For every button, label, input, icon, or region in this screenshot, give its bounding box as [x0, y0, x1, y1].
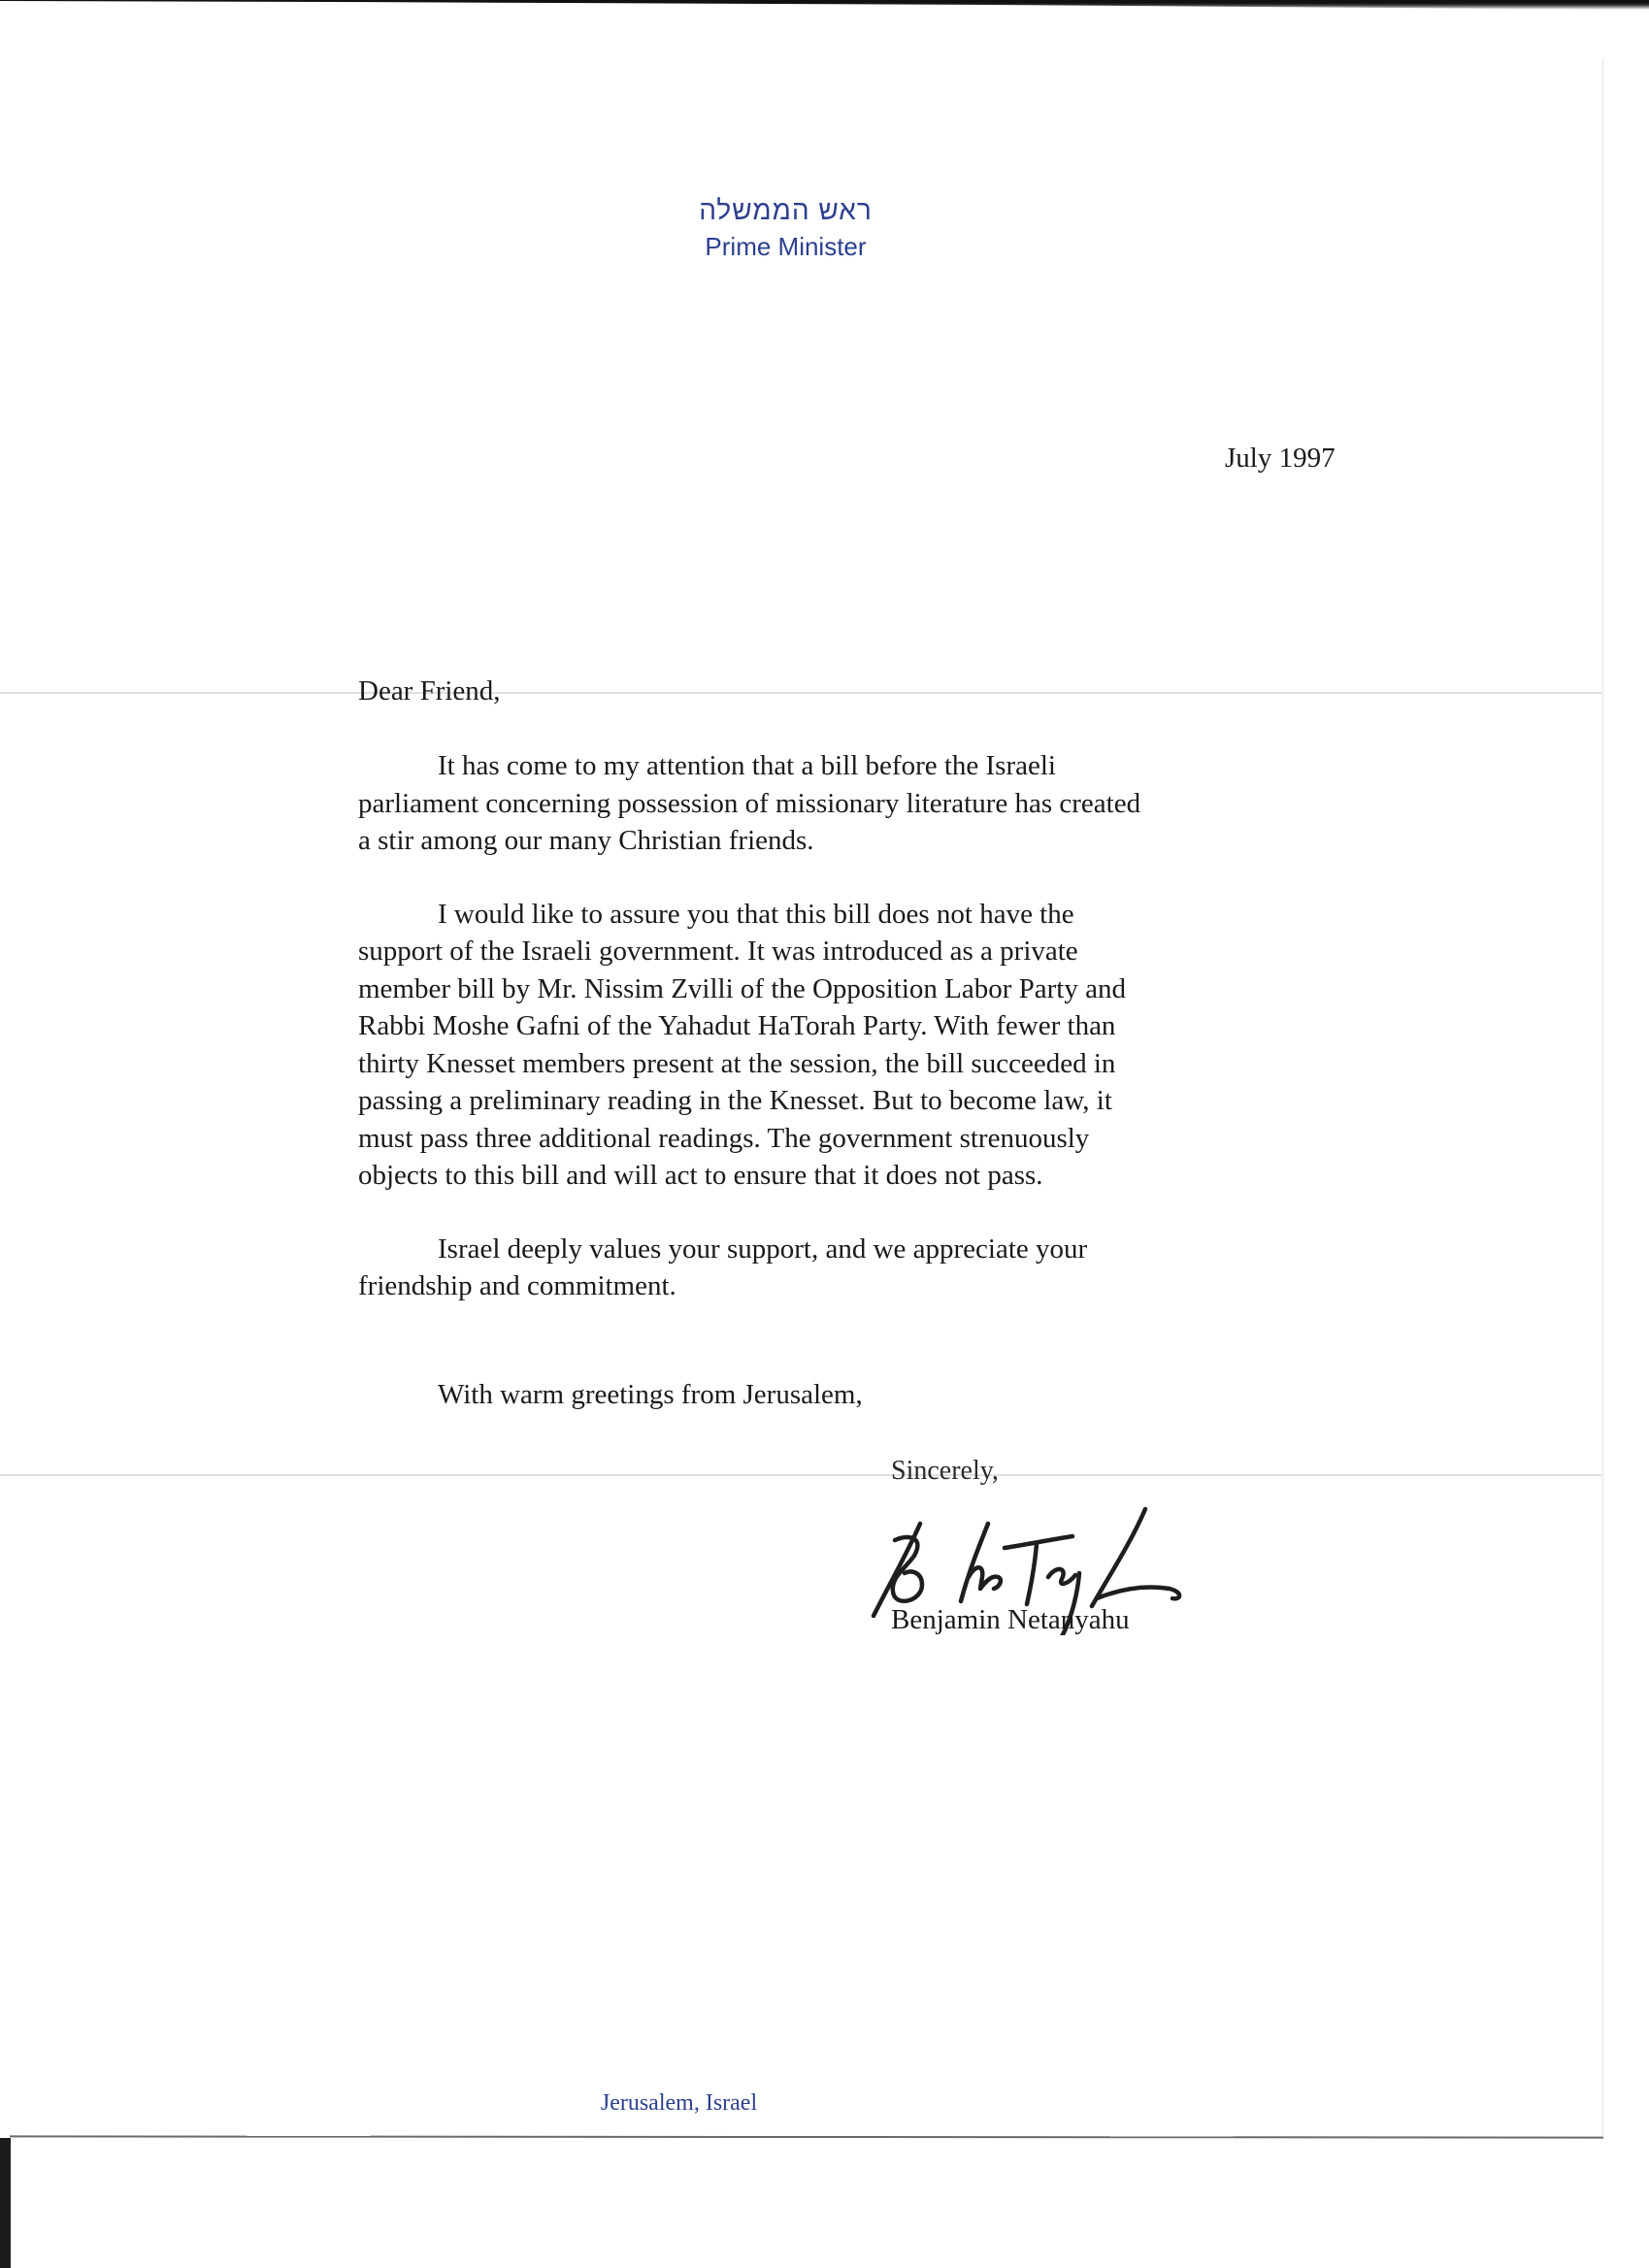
- letterhead: ראש הממשלה Prime Minister: [0, 194, 1649, 262]
- letter-date: July 1997: [1225, 443, 1336, 475]
- signer-name: Benjamin Netanyahu: [891, 1604, 1130, 1636]
- paragraph-2: I would like to assure you that this bil…: [358, 896, 1251, 1195]
- closing-line: With warm greetings from Jerusalem,: [438, 1379, 863, 1411]
- body-line: thirty Knesset members present at the se…: [358, 1045, 1251, 1083]
- body-line: passing a preliminary reading in the Kne…: [358, 1082, 1251, 1120]
- scan-left-edge: [0, 2138, 11, 2268]
- body-line: friendship and commitment.: [358, 1267, 1251, 1305]
- body-line: member bill by Mr. Nissim Zvilli of the …: [358, 970, 1251, 1008]
- page-bottom-edge: [10, 2135, 1603, 2138]
- fold-line-upper: [0, 692, 1601, 694]
- paragraph-1: It has come to my attention that a bill …: [358, 747, 1251, 860]
- salutation: Dear Friend,: [358, 675, 501, 707]
- body-line: Israel deeply values your support, and w…: [358, 1231, 1251, 1268]
- body-line: I would like to assure you that this bil…: [358, 896, 1251, 934]
- fold-line-lower: [0, 1474, 1601, 1476]
- body-line: It has come to my attention that a bill …: [358, 747, 1251, 785]
- body-line: a stir among our many Christian friends.: [358, 822, 1251, 860]
- body-line: must pass three additional readings. The…: [358, 1120, 1251, 1158]
- body-line: parliament concerning possession of miss…: [358, 785, 1251, 823]
- body-line: Rabbi Moshe Gafni of the Yahadut HaTorah…: [358, 1007, 1251, 1045]
- body-line: support of the Israeli government. It wa…: [358, 933, 1251, 970]
- letterhead-english-title: Prime Minister: [0, 231, 1649, 262]
- body-line: objects to this bill and will act to ens…: [358, 1157, 1251, 1195]
- footer-address: Jerusalem, Israel: [0, 2090, 1503, 2117]
- letter-body: It has come to my attention that a bill …: [358, 747, 1251, 1341]
- paragraph-3: Israel deeply values your support, and w…: [358, 1231, 1251, 1305]
- page-right-edge: [1602, 58, 1603, 2137]
- scan-top-edge: [0, 0, 1649, 10]
- letterhead-hebrew-title: ראש הממשלה: [0, 194, 1649, 227]
